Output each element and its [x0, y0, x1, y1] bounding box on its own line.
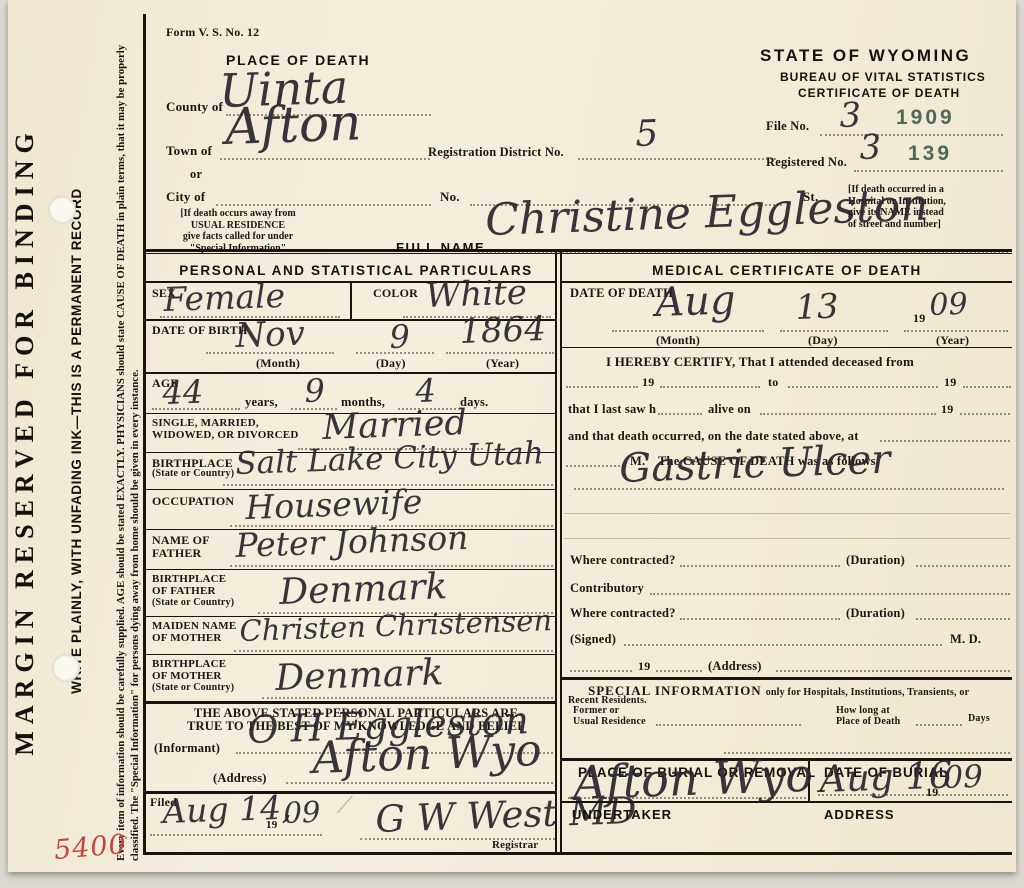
former-residence-label: Former or Usual Residence — [573, 706, 646, 727]
signed-label: (Signed) — [570, 633, 616, 646]
blank — [916, 618, 1010, 620]
father-label: NAME OF FATHER — [152, 534, 210, 559]
dod-day-value: 13 — [795, 291, 839, 325]
years-word: years, — [245, 396, 278, 409]
bureau-heading: BUREAU OF VITAL STATISTICS — [780, 70, 986, 84]
rule — [143, 372, 557, 374]
blank-line — [564, 538, 1010, 539]
dod-month-caption: (Month) — [656, 334, 700, 347]
informant-label: (Informant) — [154, 742, 220, 755]
dob-label: DATE OF BIRTH — [152, 324, 248, 337]
to-word: to — [768, 376, 778, 389]
margin-write-plainly: WRITE PLAINLY, WITH UNFADING INK—THIS IS… — [69, 188, 84, 694]
blank — [650, 593, 1010, 595]
blank — [916, 565, 1010, 567]
undertaker-address-label: ADDRESS — [824, 807, 895, 822]
father-birthplace-value: Denmark — [279, 570, 448, 610]
full-name-line — [478, 252, 1008, 254]
burial-date-line — [818, 794, 1008, 796]
color-value: White — [425, 276, 528, 312]
age-years-value: 44 — [162, 377, 204, 409]
mother-birthplace-value: Denmark — [275, 656, 444, 696]
registration-district-label: Registration District No. — [428, 146, 564, 159]
registered-no-stamp: 139 — [908, 142, 952, 166]
binding-margin: MARGIN RESERVED FOR BINDING WRITE PLAINL… — [10, 21, 142, 861]
medical-title: MEDICAL CERTIFICATE OF DEATH — [564, 263, 1010, 278]
contributory-label: Contributory — [570, 582, 644, 595]
mother-label: MAIDEN NAME OF MOTHER — [152, 621, 236, 644]
blank — [776, 670, 1010, 672]
mother-line — [234, 650, 553, 652]
filed-year-value: 09 — [283, 799, 321, 828]
margin-instructions: Every item of information should be care… — [114, 21, 142, 861]
cause-value: Gastric Ulcer — [619, 441, 891, 488]
dod-printed-19: 19 — [913, 312, 925, 325]
printed-19: 19 — [642, 376, 654, 389]
blank — [658, 413, 702, 415]
bottom-rule — [143, 852, 1012, 855]
city-label: City of — [166, 190, 205, 204]
binding-rule — [143, 14, 146, 852]
age-days-value: 4 — [415, 375, 436, 406]
occupation-label: OCCUPATION — [152, 495, 234, 508]
occupation-value: Housewife — [245, 486, 423, 523]
dob-year-value: 1864 — [459, 313, 547, 348]
certificate-heading: CERTIFICATE OF DEATH — [798, 86, 960, 100]
last-saw-text: that I last saw h — [568, 403, 656, 416]
burial-line — [568, 797, 806, 799]
state-heading: STATE OF WYOMING — [760, 46, 971, 66]
marital-label: SINGLE, MARRIED, WIDOWED, OR DIVORCED — [152, 418, 298, 441]
blank — [788, 386, 938, 388]
dob-day-caption: (Day) — [376, 357, 406, 370]
dod-day-line — [780, 330, 888, 332]
dod-year-line — [904, 330, 1008, 332]
blank — [680, 565, 840, 567]
blank — [660, 386, 760, 388]
form-number: Form V. S. No. 12 — [166, 26, 259, 39]
printed-19: 19 — [638, 660, 650, 673]
undertaker-label: UNDERTAKER — [572, 807, 672, 822]
burial-year-value: 09 — [943, 763, 983, 794]
county-label: County of — [166, 100, 223, 114]
registered-no-value: 3 — [859, 131, 882, 164]
registration-district-line — [578, 158, 776, 160]
blank — [656, 724, 801, 726]
special-info-rest: only for Hospitals, Institutions, Transi… — [766, 687, 970, 698]
margin-title: MARGIN RESERVED FOR BINDING — [10, 126, 40, 755]
age-line — [152, 408, 240, 410]
town-value: Afton — [224, 99, 362, 151]
rule — [562, 347, 1012, 348]
dob-day-value: 9 — [389, 321, 410, 352]
file-no-stamp: 1909 — [896, 106, 955, 130]
blank — [760, 413, 936, 415]
sex-value: Female — [163, 280, 286, 316]
archive-number-red: 5400 — [53, 829, 128, 866]
burial-printed-19: 19 — [926, 786, 938, 799]
printed-19: 19 — [944, 376, 956, 389]
signature-line — [624, 644, 942, 646]
dob-month-value: Nov — [235, 318, 306, 353]
cause-line — [574, 488, 1004, 490]
color-label: COLOR — [373, 287, 418, 300]
dob-month-caption: (Month) — [256, 357, 300, 370]
city-line — [216, 204, 431, 206]
blank — [656, 670, 702, 672]
informant-address-label: (Address) — [213, 772, 267, 785]
full-name-label: FULL NAME — [396, 240, 485, 255]
hole-punch-top — [48, 196, 76, 224]
blank — [566, 465, 624, 467]
blank — [880, 440, 1010, 442]
full-name-value: Christine Eggleston — [485, 185, 930, 242]
alive-on-text: alive on — [708, 403, 751, 416]
death-certificate-document: MARGIN RESERVED FOR BINDING WRITE PLAINL… — [8, 0, 1016, 872]
filed-line — [150, 834, 322, 836]
mother-value: Christen Christensen — [239, 607, 552, 645]
usual-residence-note: [If death occurs away from USUAL RESIDEN… — [158, 208, 318, 254]
street-no-label: No. — [440, 190, 460, 204]
town-line — [220, 158, 430, 160]
dod-year-value: 09 — [929, 291, 968, 321]
thick-rule — [562, 677, 1012, 680]
registered-no-label: Registered No. — [766, 156, 847, 169]
rule — [562, 281, 1012, 283]
howlong-label: How long at Place of Death — [836, 706, 900, 727]
sex-color-divider — [350, 281, 352, 319]
hole-punch-bottom — [52, 654, 80, 682]
md-label: M. D. — [950, 633, 981, 646]
dod-day-caption: (Day) — [808, 334, 838, 347]
dob-year-caption: (Year) — [486, 357, 519, 370]
where-contracted-label-2: Where contracted? — [570, 607, 676, 620]
duration-label-2: (Duration) — [846, 607, 905, 620]
duration-label: (Duration) — [846, 554, 905, 567]
father-value: Peter Johnson — [235, 522, 469, 561]
or-label: or — [190, 168, 202, 181]
days-word: Days — [968, 714, 990, 725]
birthplace-caption: (State or Country) — [152, 469, 234, 480]
column-divider-a — [555, 249, 557, 852]
age-months-value: 9 — [304, 375, 325, 406]
dod-year-caption: (Year) — [936, 334, 969, 347]
file-no-label: File No. — [766, 120, 809, 133]
printed-19: 19 — [941, 403, 953, 416]
filed-printed-19: 19 — [266, 820, 277, 832]
father-line — [230, 565, 553, 567]
certify-text: I HEREBY CERTIFY, That I attended deceas… — [606, 355, 914, 369]
dod-month-line — [612, 330, 764, 332]
birthplace-value: Salt Lake City Utah — [235, 439, 544, 479]
blank — [963, 386, 1011, 388]
father-birthplace-label: BIRTHPLACE OF FATHER — [152, 574, 226, 597]
informant-address-value: Afton Wyo — [312, 730, 543, 780]
mother-birthplace-label: BIRTHPLACE OF MOTHER — [152, 659, 226, 682]
registration-district-value: 5 — [635, 117, 659, 152]
blank — [570, 670, 632, 672]
blank — [566, 386, 638, 388]
town-label: Town of — [166, 144, 212, 158]
mother-birthplace-caption: (State or Country) — [152, 683, 234, 694]
blank — [916, 724, 962, 726]
registrar-label: Registrar — [492, 840, 538, 852]
blank — [680, 618, 840, 620]
column-divider-b — [560, 249, 562, 852]
dod-month-value: Aug — [655, 281, 737, 322]
where-contracted-label: Where contracted? — [570, 554, 676, 567]
dob-year-line — [446, 352, 554, 354]
registered-no-line — [854, 170, 1003, 172]
md-address-label: (Address) — [708, 660, 762, 673]
blank — [960, 413, 1010, 415]
father-birthplace-caption: (State or Country) — [152, 598, 234, 609]
blank-line — [564, 513, 1010, 514]
rule — [562, 801, 1012, 803]
